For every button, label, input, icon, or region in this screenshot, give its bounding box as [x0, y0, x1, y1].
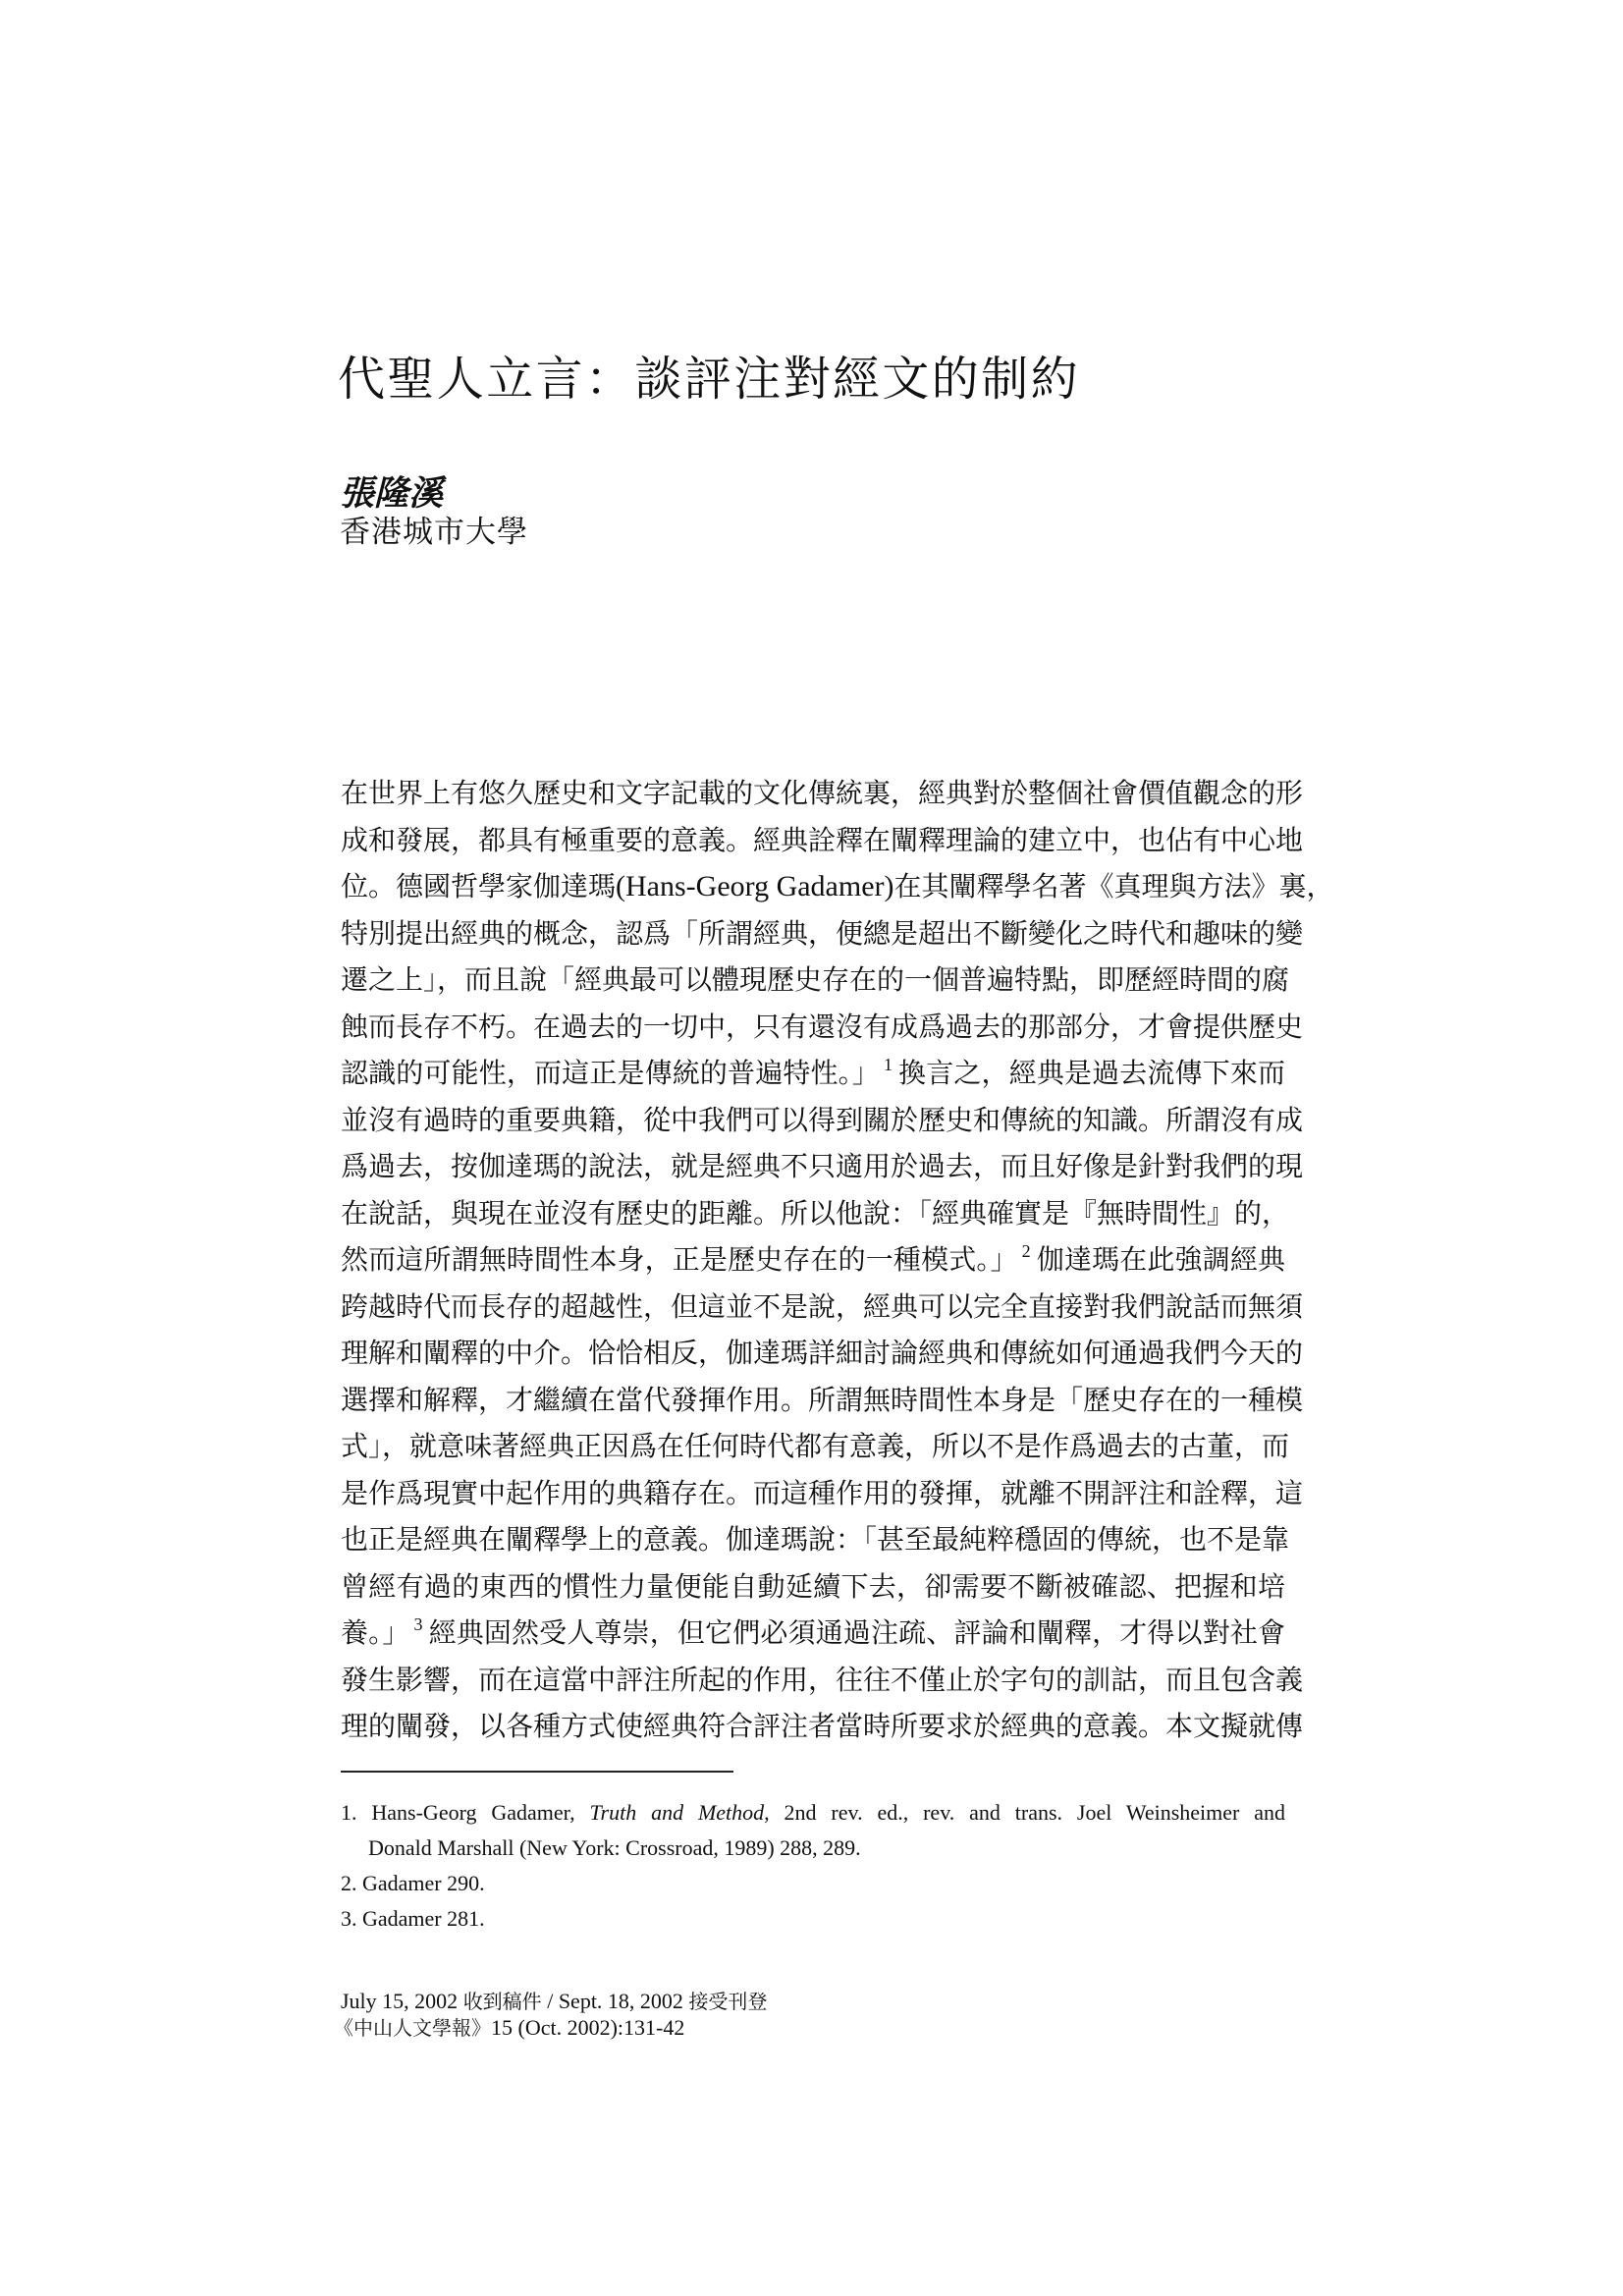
- volume-pages: 15 (Oct. 2002):131-42: [491, 2015, 684, 2040]
- accepted-label: 接受刊登: [688, 1990, 767, 2013]
- body-line: 理解和闡釋的中介。恰恰相反，伽達瑪詳細討論經典和傳統如何通過我們今天的: [341, 1330, 1285, 1377]
- body-line: 然而這所謂無時間性本身，正是歷史存在的一種模式。」2伽達瑪在此強調經典: [341, 1236, 1285, 1284]
- received-date: July 15, 2002: [341, 1989, 458, 2013]
- body-line: 遷之上」，而且說「經典最可以體現歷史存在的一個普遍特點，即歷經時間的腐: [341, 957, 1285, 1004]
- footnote-1-continuation: Donald Marshall (New York: Crossroad, 19…: [341, 1831, 1285, 1866]
- body-line: 也正是經典在闡釋學上的意義。伽達瑪說：「甚至最純粹穩固的傳統，也不是靠: [341, 1516, 1285, 1563]
- date-separator: /: [542, 1989, 559, 2013]
- body-line: 跨越時代而長存的超越性，但這並不是說，經典可以完全直接對我們說話而無須: [341, 1284, 1285, 1331]
- body-line: 並沒有過時的重要典籍，從中我們可以得到關於歷史和傳統的知識。所謂沒有成: [341, 1097, 1285, 1144]
- body-text-segment: 養。」: [341, 1616, 409, 1649]
- body-line: 蝕而長存不朽。在過去的一切中，只有還沒有成爲過去的那部分，才會提供歷史: [341, 1004, 1285, 1051]
- footnote-text: , 2nd rev. ed., rev. and trans. Joel Wei…: [764, 1800, 1285, 1825]
- body-line: 成和發展，都具有極重要的意義。經典詮釋在闡釋理論的建立中，也佔有中心地: [341, 817, 1285, 864]
- journal-citation: 《中山人文學報》15 (Oct. 2002):131-42: [334, 2014, 684, 2042]
- book-title: Truth and Method: [590, 1800, 765, 1825]
- article-title: 代聖人立言：談評注對經文的制約: [338, 350, 1080, 409]
- footnotes-list: 1. Hans-Georg Gadamer, Truth and Method,…: [341, 1795, 1285, 1937]
- body-text-segment: 位。德國哲學家伽達瑪: [341, 870, 616, 902]
- body-line: 發生影響，而在這當中評注所起的作用，往往不僅止於字句的訓詁，而且包含義: [341, 1657, 1285, 1704]
- body-line: 爲過去，按伽達瑪的說法，就是經典不只適用於過去，而且好像是針對我們的現: [341, 1143, 1285, 1190]
- body-line: 認識的可能性，而這正是傳統的普遍特性。」1換言之，經典是過去流傳下來而: [341, 1050, 1285, 1097]
- footnote-text: Gadamer 281.: [362, 1906, 485, 1931]
- body-text-segment: 在其闡釋學名著《真理與方法》裏，: [894, 870, 1334, 902]
- received-label: 收到稿件: [463, 1990, 542, 2013]
- author-affiliation: 香港城市大學: [340, 513, 528, 552]
- body-text-segment: 伽達瑪在此強調經典: [1037, 1243, 1285, 1276]
- footnote-1-first-line: 1. Hans-Georg Gadamer, Truth and Method,…: [341, 1795, 1285, 1831]
- footnote-3: 3. Gadamer 281.: [341, 1901, 1285, 1937]
- body-line: 在說話，與現在並沒有歷史的距離。所以他說：「經典確實是『無時間性』的，: [341, 1190, 1285, 1237]
- body-line: 在世界上有悠久歷史和文字記載的文化傳統裏，經典對於整個社會價值觀念的形: [341, 770, 1285, 817]
- footnote-1: 1. Hans-Georg Gadamer, Truth and Method,…: [341, 1795, 1285, 1866]
- gadamer-name-latin: (Hans-Georg Gadamer): [616, 870, 894, 902]
- footnote-divider: [341, 1771, 733, 1773]
- footnote-ref-3[interactable]: 3: [413, 1614, 422, 1634]
- body-text-segment: 認識的可能性，而這正是傳統的普遍特性。」: [341, 1057, 880, 1089]
- footnote-number: 2.: [341, 1871, 357, 1895]
- body-line: 位。德國哲學家伽達瑪(Hans-Georg Gadamer)在其闡釋學名著《真理…: [341, 863, 1285, 910]
- paper-page: 代聖人立言：談評注對經文的制約 張隆溪 香港城市大學 在世界上有悠久歷史和文字記…: [0, 0, 1623, 2296]
- submission-dates: July 15, 2002 收到稿件 / Sept. 18, 2002 接受刊登: [341, 1988, 767, 2015]
- author-name: 張隆溪: [340, 473, 443, 515]
- footnote-text: Hans-Georg Gadamer,: [371, 1800, 589, 1825]
- body-line: 理的闡發，以各種方式使經典符合評注者當時所要求於經典的意義。本文擬就傳: [341, 1703, 1285, 1750]
- body-line: 式」，就意味著經典正因爲在任何時代都有意義，所以不是作爲過去的古董，而: [341, 1423, 1285, 1470]
- accepted-date: Sept. 18, 2002: [559, 1989, 683, 2013]
- footnote-number: 3.: [341, 1906, 357, 1931]
- footnote-ref-1[interactable]: 1: [884, 1055, 893, 1074]
- body-paragraph: 在世界上有悠久歷史和文字記載的文化傳統裏，經典對於整個社會價值觀念的形 成和發展…: [341, 770, 1285, 1750]
- body-line: 特別提出經典的概念，認爲「所謂經典，便總是超出不斷變化之時代和趣味的變: [341, 910, 1285, 957]
- body-line: 曾經有過的東西的慣性力量便能自動延續下去，卻需要不斷被確認、把握和培: [341, 1563, 1285, 1611]
- body-line: 選擇和解釋，才繼續在當代發揮作用。所謂無時間性本身是「歷史存在的一種模: [341, 1377, 1285, 1424]
- footnote-ref-2[interactable]: 2: [1022, 1241, 1031, 1261]
- footnote-text: Gadamer 290.: [362, 1871, 485, 1895]
- body-line: 養。」3經典固然受人尊崇，但它們必須通過注疏、評論和闡釋，才得以對社會: [341, 1610, 1285, 1657]
- footnote-2: 2. Gadamer 290.: [341, 1866, 1285, 1901]
- footnote-number: 1.: [341, 1800, 357, 1825]
- body-text-segment: 經典固然受人尊崇，但它們必須通過注疏、評論和闡釋，才得以對社會: [428, 1616, 1285, 1649]
- body-text-segment: 換言之，經典是過去流傳下來而: [898, 1057, 1285, 1089]
- journal-name: 《中山人文學報》: [334, 2016, 491, 2040]
- body-line: 是作爲現實中起作用的典籍存在。而這種作用的發揮，就離不開評注和詮釋，這: [341, 1470, 1285, 1517]
- body-text-segment: 然而這所謂無時間性本身，正是歷史存在的一種模式。」: [341, 1243, 1018, 1276]
